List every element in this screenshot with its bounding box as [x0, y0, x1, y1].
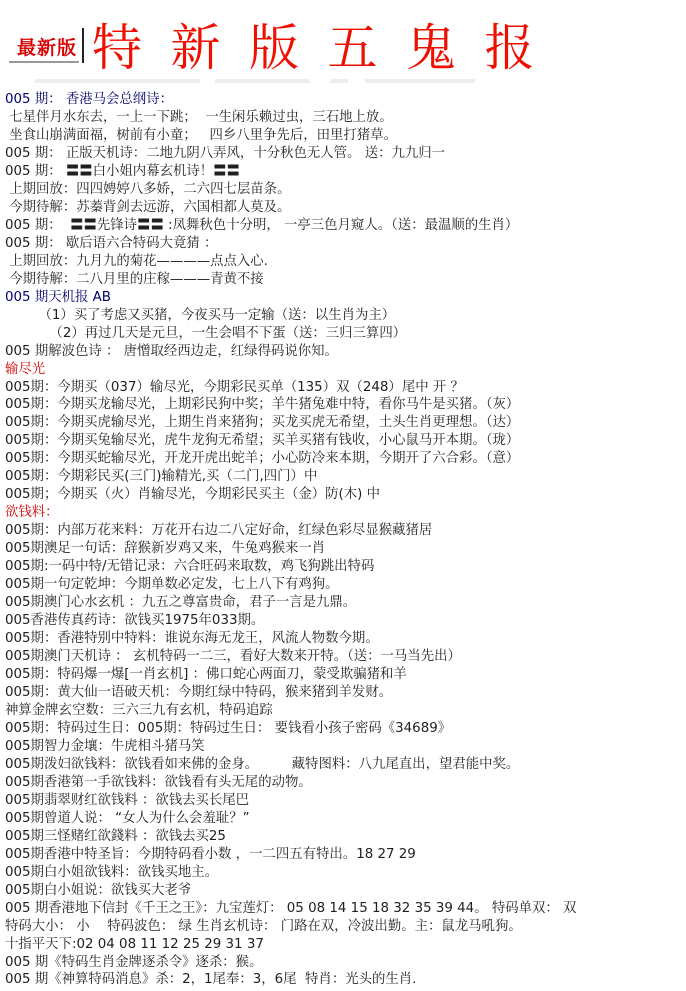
text-line: 005期：今期买蛇输尽光，开龙开虎出蛇羊；小心防冷来本期，今期开了六合彩。（意） — [5, 450, 686, 468]
text-line: 005期三怪赌红欲錢料 ：欲钱去买25 — [5, 828, 686, 846]
text-line: 005期香港第一手欲钱料：欲钱看有头无尾的动物。 — [5, 774, 686, 792]
text-body: 005 期： 香港马会总纲诗： 七星伴月水东去，一上一下跳； 一生闲乐赖过虫，三… — [5, 91, 686, 989]
badge-underline — [9, 61, 79, 63]
text-line: 005期泼妇欲钱料：欲钱看如来佛的金身。 藏特图料：八九尾直出，望君能中奖。 — [5, 756, 686, 774]
text-line: 005期:一码中特/无错记录：六合旺码来取数，鸡飞狗跳出特码 — [5, 558, 686, 576]
watermark-fragment — [35, 79, 200, 83]
text-line: 特码大小： 小 特码波色： 绿 生肖玄机诗： 门路在双，冷波出勤。主：鼠龙马吼狗… — [5, 918, 686, 936]
text-line: 005期：今期买兔输尽光，虎牛龙狗无希望；买羊买猪有钱收，小心鼠马开本期。（珑） — [5, 432, 686, 450]
text-line: 005期：今期彩民买(三门)输精光,买（二门,四门）中 — [5, 468, 686, 486]
text-line: 上期回放：九月九的菊花————点点入心. — [5, 253, 686, 271]
text-line: 今期待解：二八月里的庄稼———青黄不接 — [5, 271, 686, 289]
text-line: 七星伴月水东去，一上一下跳； 一生闲乐赖过虫，三石地上放。 — [5, 109, 686, 127]
text-line: 005期澳门天机诗 ： 玄机特码一二三，看好大数来开特。（送：一马当先出） — [5, 648, 686, 666]
text-line: 今期待解：苏蓁背剑去远游，六国相都人莫及。 — [5, 199, 686, 217]
text-line: （1）买了考虑又买猪，今夜买马一定输（送：以生肖为主） — [5, 307, 686, 325]
text-line: 005香港传真药诗：欲钱买1975年033期。 — [5, 612, 686, 630]
text-line: 005 期香港地下信封《千王之王》：九宝莲灯： 05 08 14 15 18 3… — [5, 900, 686, 918]
text-line: 神算金牌玄空数：三六三九有玄机，特码追踪 — [5, 702, 686, 720]
watermark-fragment — [365, 79, 475, 83]
text-line: 005期翡翠财红欲钱料 ：欲钱去买长尾巴 — [5, 792, 686, 810]
page-title: 特 新 版 五 鬼 报 — [92, 18, 543, 78]
text-line: 005期：今期买龙输尽光，上期彩民狗中奖；羊牛猪兔难中特，看你马牛是买猪。（灰） — [5, 396, 686, 414]
text-line: 005期；今期买（火）肖输尽光，今期彩民买主（金）防(木) 中 — [5, 486, 686, 504]
text-line: 上期回放：四四娉婷八多娇，二六四七层苗条。 — [5, 181, 686, 199]
text-line: 005期：今期买（037）输尽光，今期彩民买单（135）双（248）尾中 开 ？ — [5, 379, 686, 397]
text-line: 十指平天下:02 04 08 11 12 25 29 31 37 — [5, 936, 686, 954]
text-line: 005 期： 正版天机诗：二地九阴八弄风，十分秋色无人管。 送：九九归一 — [5, 145, 686, 163]
text-line: 005期澳足一句话：辞猴新岁鸡又来，牛兔鸡猴来一肖 — [5, 540, 686, 558]
text-line: 005期：黄大仙一语破天机：今期红绿中特码，猴来猪到羊发财。 — [5, 684, 686, 702]
text-line: 输尽光 — [5, 361, 686, 379]
text-line: 005 期： 〓〓先锋诗〓〓 :凤舞秋色十分明， 一亭三色月窥人。（送：最温顺的… — [5, 217, 686, 235]
text-line: 005 期《特码生肖金牌逐杀令》逐杀：猴。 — [5, 954, 686, 972]
text-line: 005期香港中特圣旨：今期特码看小数 ，一二四五有特出。18 27 29 — [5, 846, 686, 864]
text-line: 005期：香港特别中特料：谁说东海无龙王，风流人物数今期。 — [5, 630, 686, 648]
text-line: 005期曾道人说： “女人为什么会羞耻？” — [5, 810, 686, 828]
text-line: 005期白小姐说：欲钱买大老爷 — [5, 882, 686, 900]
page: 最新版 特 新 版 五 鬼 报 005 期： 香港马会总纲诗： 七星伴月水东去，… — [0, 0, 686, 991]
text-line: 005期：今期买虎输尽光，上期生肖来猪狗；买龙买虎无希望，土头生肖更理想。（达） — [5, 414, 686, 432]
text-line: 005期：内部万花来料：万花开右边二八定好命，红绿色彩尽显猴藏猪居 — [5, 522, 686, 540]
watermark-fragment — [215, 79, 310, 83]
text-line: 欲钱料： — [5, 504, 686, 522]
text-line: 005 期： 香港马会总纲诗： — [5, 91, 686, 109]
text-line: 005 期《神算特码消息》杀：2，1尾奉：3，6尾 特肖：光头的生肖. — [5, 971, 686, 989]
text-line: 005期：特码爆一爆[一肖玄机] ：佛口蛇心两面刀，蒙受欺骗猪和羊 — [5, 666, 686, 684]
latest-edition-badge: 最新版 — [17, 33, 77, 60]
text-line: 005期白小姐欲钱料：欲钱买地主。 — [5, 864, 686, 882]
text-line: 005 期： 〓〓白小姐内幕玄机诗！〓〓 — [5, 163, 686, 181]
text-line: 005期一句定乾坤：今期单数必定发，七上八下有鸡狗。 — [5, 576, 686, 594]
text-line: 005期智力金壤：牛虎相斗猪马笑 — [5, 738, 686, 756]
text-line: 坐食山崩满面福，树前有小童； 四乡八里争先后，田里打猪草。 — [5, 127, 686, 145]
text-line: 005期：特码过生日：005期：特码过生日： 要钱看小孩子密码《34689》 — [5, 720, 686, 738]
text-line: 005 期解波色诗 ： 唐憎取经西边走，红绿得码说你知。 — [5, 343, 686, 361]
text-line: 005期澳门心水玄机 ：九五之尊富贵命，君子一言是九鼎。 — [5, 594, 686, 612]
watermark-fragment — [330, 79, 348, 83]
text-line: 005 期： 歇后语六合特码大竟猜 ： — [5, 235, 686, 253]
header-vertical-divider — [82, 28, 84, 63]
faint-watermark — [0, 79, 686, 85]
text-line: （2）再过几天是元旦，一生会唱不下蛋（送：三归三算四） — [5, 325, 686, 343]
text-line: 005 期天机报 AB — [5, 289, 686, 307]
